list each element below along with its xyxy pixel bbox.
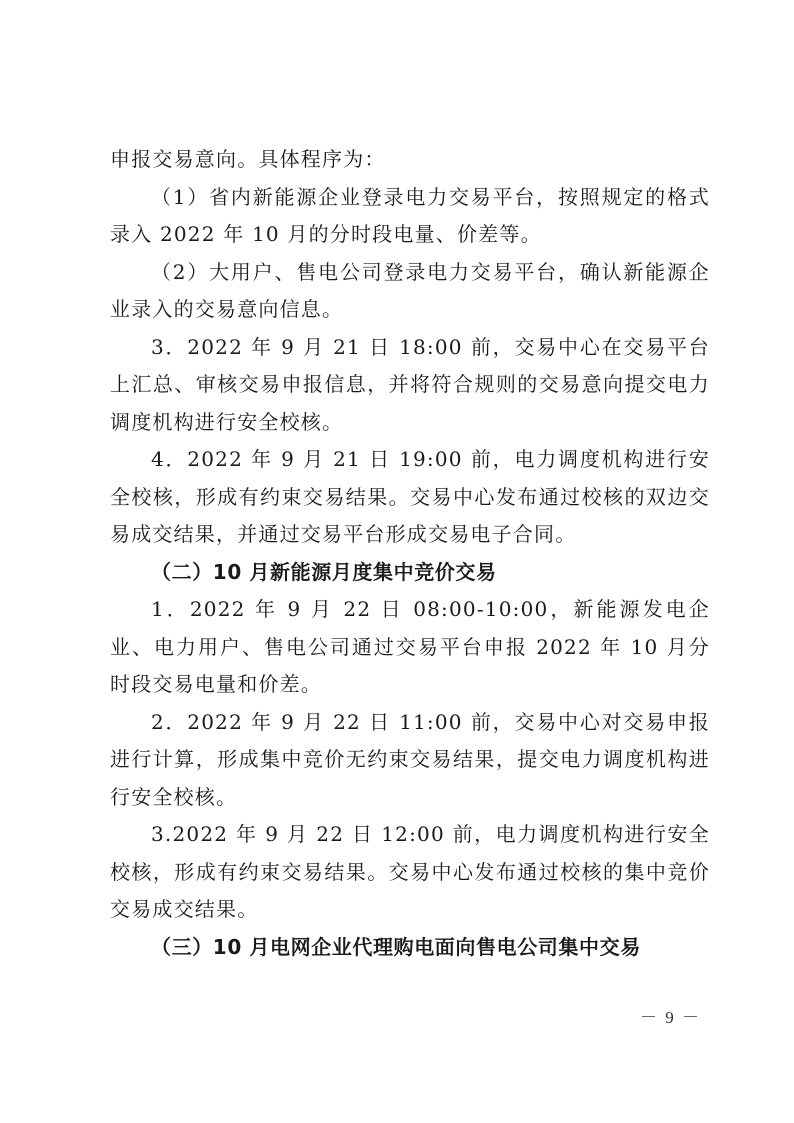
- page-number: － 9 －: [640, 1003, 701, 1028]
- paragraph-intro: 申报交易意向。具体程序为：: [110, 141, 710, 179]
- section-heading-3: （三）10 月电网企业代理购电面向售电公司集中交易: [110, 929, 710, 967]
- paragraph-bidding-3: 3.2022 年 9 月 22 日 12:00 前，电力调度机构进行安全校核，形…: [110, 816, 710, 929]
- paragraph-bidding-2: 2．2022 年 9 月 22 日 11:00 前，交易中心对交易申报进行计算，…: [110, 704, 710, 817]
- paragraph-item-3: 3．2022 年 9 月 21 日 18:00 前，交易中心在交易平台上汇总、审…: [110, 329, 710, 442]
- document-page: 申报交易意向。具体程序为： （1）省内新能源企业登录电力交易平台，按照规定的格式…: [0, 0, 794, 1123]
- document-body: 申报交易意向。具体程序为： （1）省内新能源企业登录电力交易平台，按照规定的格式…: [110, 141, 710, 966]
- paragraph-bidding-1: 1．2022 年 9 月 22 日 08:00-10:00，新能源发电企业、电力…: [110, 591, 710, 704]
- paragraph-item-4: 4．2022 年 9 月 21 日 19:00 前，电力调度机构进行安全校核，形…: [110, 441, 710, 554]
- section-heading-2: （二）10 月新能源月度集中竞价交易: [110, 554, 710, 592]
- paragraph-step-1: （1）省内新能源企业登录电力交易平台，按照规定的格式录入 2022 年 10 月…: [110, 179, 710, 254]
- paragraph-step-2: （2）大用户、售电公司登录电力交易平台，确认新能源企业录入的交易意向信息。: [110, 254, 710, 329]
